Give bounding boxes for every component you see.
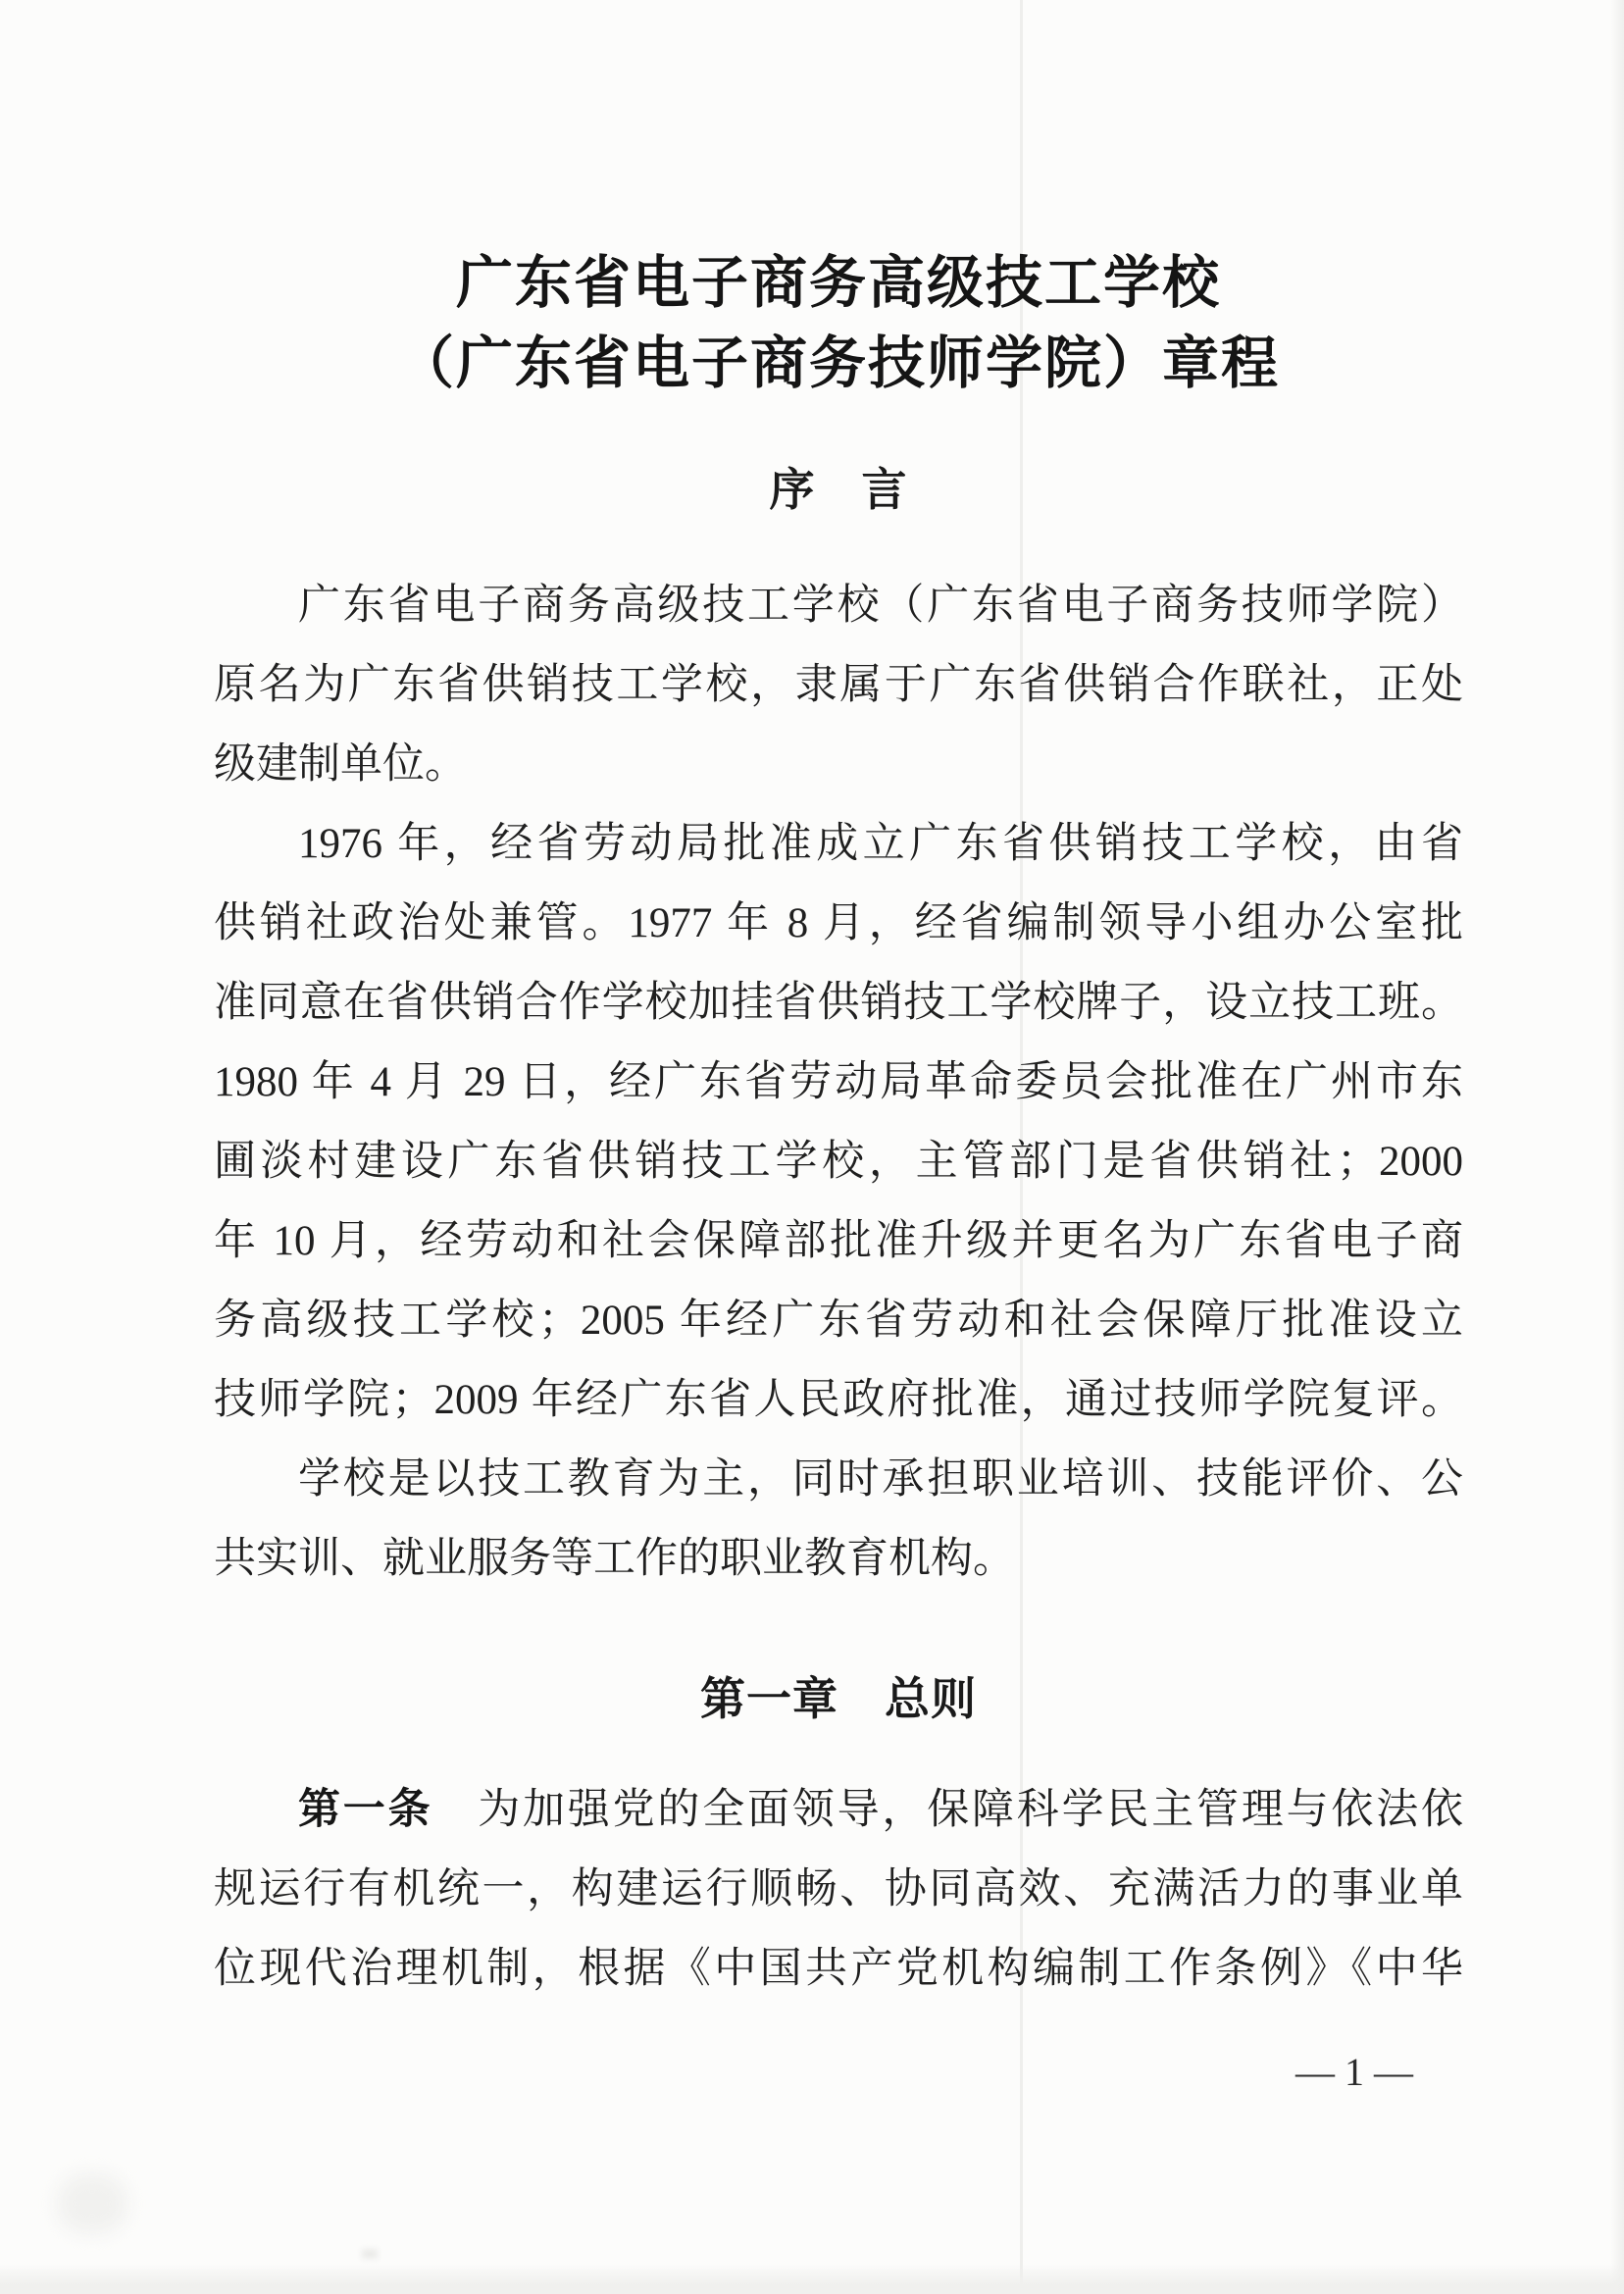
- page-number: — 1 —: [1271, 2048, 1438, 2097]
- document-title-line-2: （广东省电子商务技师学院）章程: [214, 324, 1463, 404]
- body-line: 技师学院；2009 年经广东省人民政府批准，通过技师学院复评。: [214, 1360, 1463, 1440]
- body-line: 广东省电子商务高级技工学校（广东省电子商务技师学院）: [214, 566, 1463, 645]
- body-line: 规运行有机统一，构建运行顺畅、协同高效、充满活力的事业单: [214, 1850, 1463, 1929]
- body-line: 共实训、就业服务等工作的职业教育机构。: [214, 1519, 1463, 1599]
- body-line: 级建制单位。: [214, 725, 1463, 804]
- body-line: 务高级技工学校；2005 年经广东省劳动和社会保障厅批准设立: [214, 1281, 1463, 1360]
- body-line: 位现代治理机制，根据《中国共产党机构编制工作条例》《中华: [214, 1929, 1463, 2009]
- body-line: 供销社政治处兼管。1977 年 8 月，经省编制领导小组办公室批: [214, 884, 1463, 963]
- body-line: 圃淡村建设广东省供销技工学校，主管部门是省供销社；2000: [214, 1122, 1463, 1201]
- paragraph-2: 1976 年，经省劳动局批准成立广东省供销技工学校，由省 供销社政治处兼管。19…: [214, 804, 1463, 1440]
- body-line: 第一条 为加强党的全面领导，保障科学民主管理与依法依: [214, 1770, 1463, 1850]
- article-number: 第一条: [298, 1786, 432, 1833]
- scan-artifact-right-edge: [1610, 0, 1624, 2294]
- body-line: 原名为广东省供销技工学校，隶属于广东省供销合作联社，正处: [214, 645, 1463, 725]
- scan-artifact-speck: [362, 2249, 378, 2259]
- body-line: 1976 年，经省劳动局批准成立广东省供销技工学校，由省: [214, 804, 1463, 884]
- body-line: 年 10 月，经劳动和社会保障部批准升级并更名为广东省电子商: [214, 1201, 1463, 1281]
- preface-heading: 序 言: [214, 450, 1463, 530]
- scan-artifact-bottom-edge: [0, 2264, 1624, 2294]
- scanned-document-page: 广东省电子商务高级技工学校 （广东省电子商务技师学院）章程 序 言 广东省电子商…: [0, 0, 1624, 2294]
- document-title-line-1: 广东省电子商务高级技工学校: [214, 243, 1463, 324]
- paragraph-4: 第一条 为加强党的全面领导，保障科学民主管理与依法依 规运行有机统一，构建运行顺…: [214, 1770, 1463, 2009]
- paragraph-1: 广东省电子商务高级技工学校（广东省电子商务技师学院） 原名为广东省供销技工学校，…: [214, 566, 1463, 804]
- chapter-heading: 第一章 总则: [214, 1659, 1463, 1739]
- body-line: 学校是以技工教育为主，同时承担职业培训、技能评价、公: [214, 1440, 1463, 1519]
- paragraph-3: 学校是以技工教育为主，同时承担职业培训、技能评价、公 共实训、就业服务等工作的职…: [214, 1440, 1463, 1599]
- scan-artifact-blob: [57, 2173, 127, 2234]
- body-line-text: 为加强党的全面领导，保障科学民主管理与依法依: [432, 1787, 1463, 1833]
- body-line: 1980 年 4 月 29 日，经广东省劳动局革命委员会批准在广州市东: [214, 1043, 1463, 1122]
- document-title: 广东省电子商务高级技工学校 （广东省电子商务技师学院）章程: [214, 243, 1463, 404]
- body-line: 准同意在省供销合作学校加挂省供销技工学校牌子，设立技工班。: [214, 963, 1463, 1043]
